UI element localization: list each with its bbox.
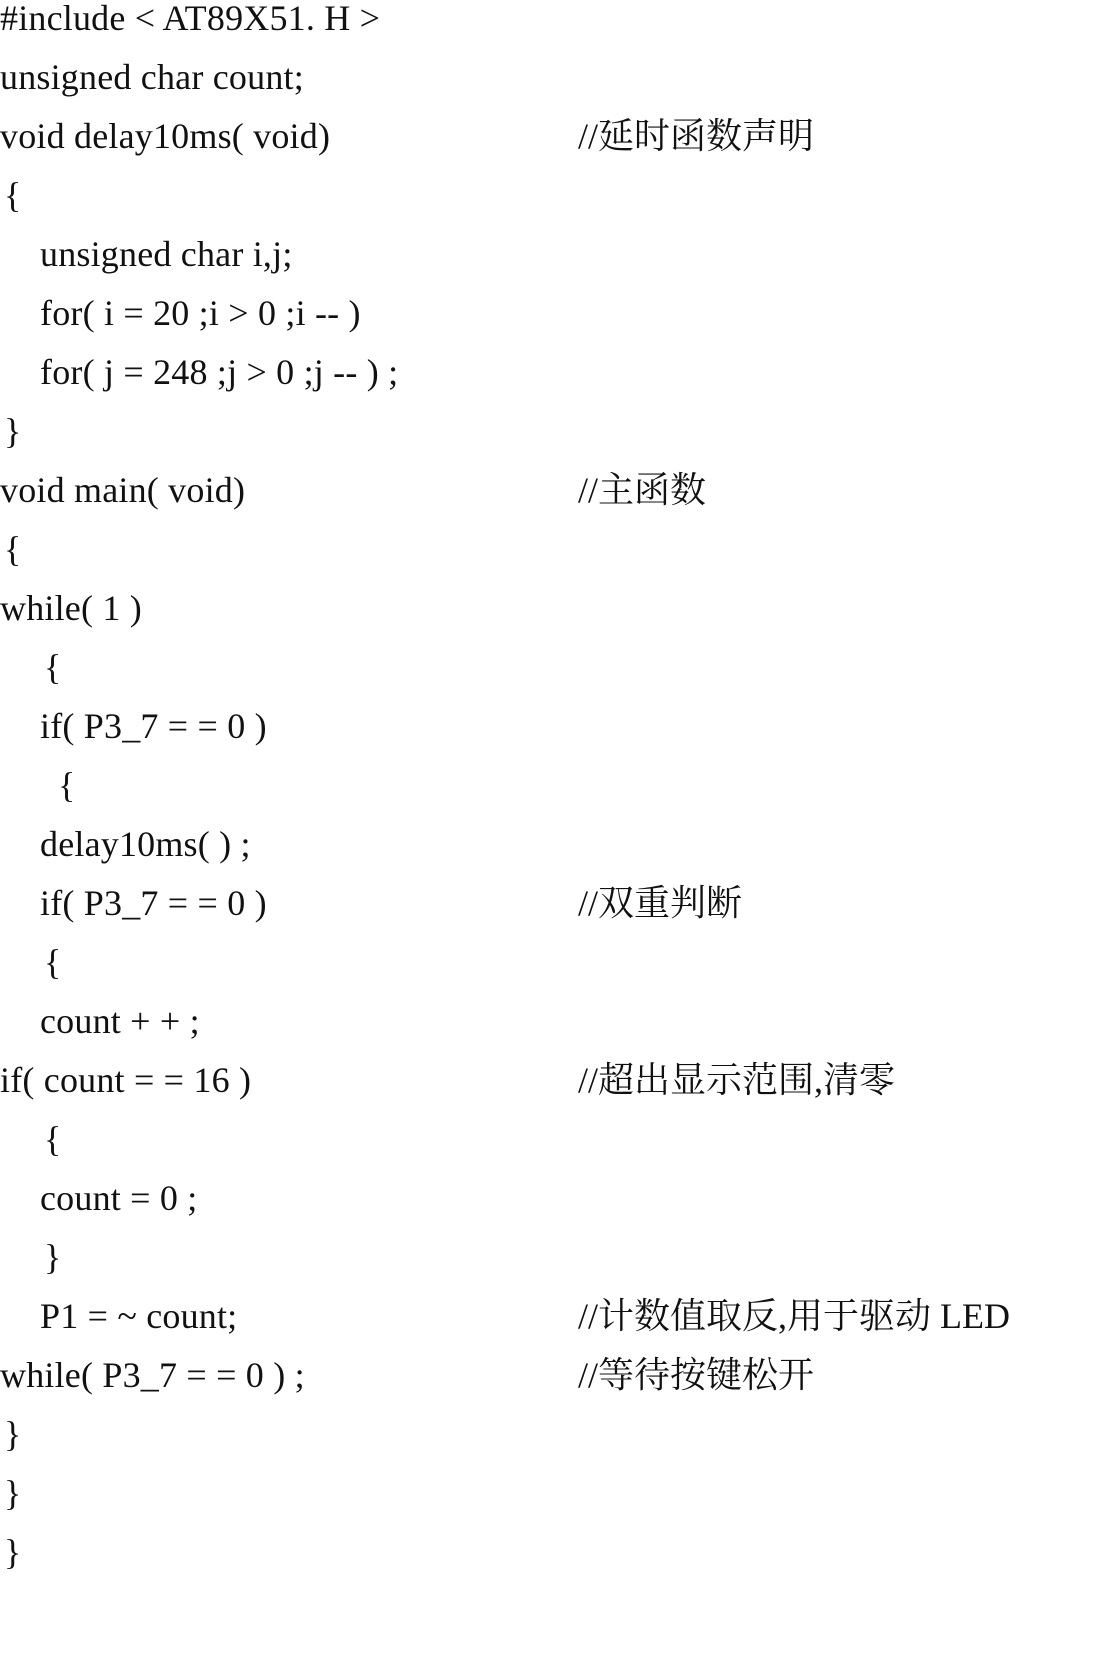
code-line: } (0, 1416, 1098, 1475)
code-text: #include < AT89X51. H > (0, 0, 380, 36)
code-text: void delay10ms( void) (0, 118, 330, 154)
brace-open: { (58, 767, 75, 803)
code-comment: //超出显示范围,清零 (578, 1062, 895, 1098)
code-line: count + + ; (0, 1003, 1098, 1062)
code-line: } (0, 1475, 1098, 1534)
code-text: while( 1 ) (0, 590, 142, 626)
code-line: P1 = ~ count; //计数值取反,用于驱动 LED (0, 1298, 1098, 1357)
code-comment: //主函数 (578, 472, 706, 508)
code-text: for( j = 248 ;j > 0 ;j -- ) ; (40, 354, 398, 390)
code-text: delay10ms( ) ; (40, 826, 251, 862)
code-line: { (0, 944, 1098, 1003)
brace-open: { (44, 944, 61, 980)
code-line: unsigned char count; (0, 59, 1098, 118)
code-text: P1 = ~ count; (40, 1298, 237, 1334)
code-line: { (0, 1121, 1098, 1180)
code-line: count = 0 ; (0, 1180, 1098, 1239)
code-line: { (0, 649, 1098, 708)
code-text: if( P3_7 = = 0 ) (40, 708, 267, 744)
code-line: if( P3_7 = = 0 ) (0, 708, 1098, 767)
brace-open: { (44, 649, 61, 685)
code-line: if( P3_7 = = 0 ) //双重判断 (0, 885, 1098, 944)
code-line: void delay10ms( void) //延时函数声明 (0, 118, 1098, 177)
brace-open: { (4, 177, 21, 213)
code-comment: //延时函数声明 (578, 118, 814, 154)
code-text: count = 0 ; (40, 1180, 198, 1216)
code-line: delay10ms( ) ; (0, 826, 1098, 885)
code-line: } (0, 1534, 1098, 1593)
code-line: } (0, 1239, 1098, 1298)
code-text: if( count = = 16 ) (0, 1062, 251, 1098)
code-line: { (0, 177, 1098, 236)
brace-close: } (4, 413, 21, 449)
brace-open: { (4, 531, 21, 567)
code-line: for( j = 248 ;j > 0 ;j -- ) ; (0, 354, 1098, 413)
code-line: { (0, 767, 1098, 826)
code-text: if( P3_7 = = 0 ) (40, 885, 267, 921)
code-text: void main( void) (0, 472, 245, 508)
code-text: unsigned char count; (0, 59, 304, 95)
code-comment: //等待按键松开 (578, 1357, 814, 1393)
code-line: while( 1 ) (0, 590, 1098, 649)
code-text: while( P3_7 = = 0 ) ; (0, 1357, 305, 1393)
code-line: void main( void) //主函数 (0, 472, 1098, 531)
code-text: unsigned char i,j; (40, 236, 293, 272)
brace-close: } (4, 1475, 21, 1511)
code-comment: //双重判断 (578, 885, 742, 921)
code-line: if( count = = 16 ) //超出显示范围,清零 (0, 1062, 1098, 1121)
code-text: for( i = 20 ;i > 0 ;i -- ) (40, 295, 361, 331)
code-line: #include < AT89X51. H > (0, 0, 1098, 59)
brace-open: { (44, 1121, 61, 1157)
brace-close: } (44, 1239, 61, 1275)
brace-close: } (4, 1416, 21, 1452)
code-line: while( P3_7 = = 0 ) ; //等待按键松开 (0, 1357, 1098, 1416)
code-text: count + + ; (40, 1003, 200, 1039)
code-line: unsigned char i,j; (0, 236, 1098, 295)
code-line: { (0, 531, 1098, 590)
code-line: for( i = 20 ;i > 0 ;i -- ) (0, 295, 1098, 354)
brace-close: } (4, 1534, 21, 1570)
code-comment: //计数值取反,用于驱动 LED (578, 1298, 1010, 1334)
code-line: } (0, 413, 1098, 472)
